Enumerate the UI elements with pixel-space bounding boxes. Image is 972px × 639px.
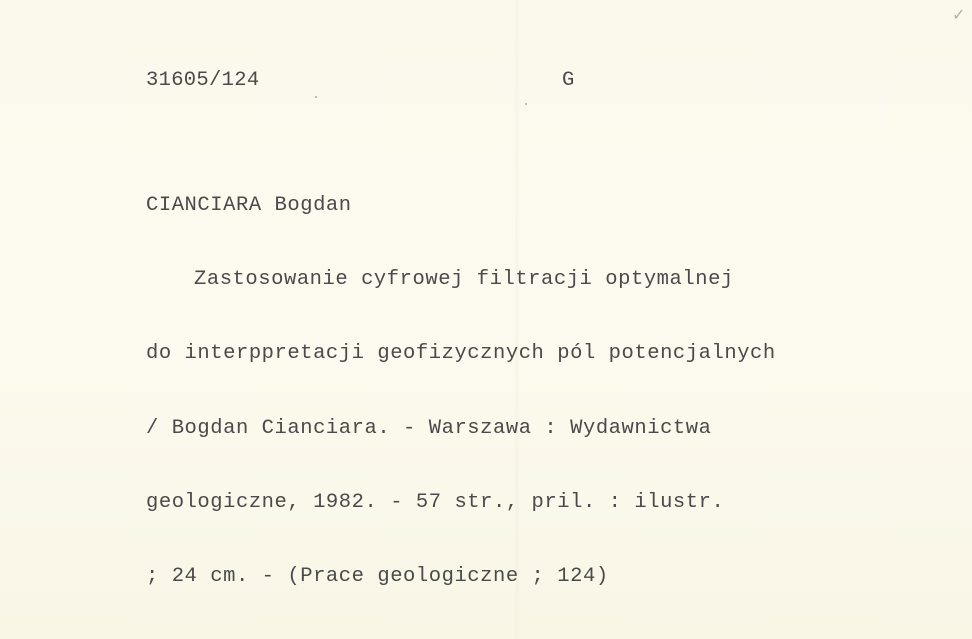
catalog-card: ✓ 31605/124 G CIANCIARA Bogdan Zastosowa… [0,0,972,639]
location-code: G [562,68,574,93]
author-heading: CIANCIARA Bogdan [146,193,776,217]
responsibility-publisher-line: / Bogdan Cianciara. - Warszawa : Wydawni… [146,416,776,440]
call-number: 31605/124 [146,68,259,93]
title-continuation: do interppretacji geofizycznych pól pote… [146,341,776,365]
publication-line: geologiczne, 1982. - 57 str., pril. : il… [146,490,776,514]
series-line: ; 24 cm. - (Prace geologiczne ; 124) [146,564,776,588]
title-line: Zastosowanie cyfrowej filtracji optymaln… [146,267,776,291]
bibliographic-entry: CIANCIARA Bogdan Zastosowanie cyfrowej f… [146,143,776,638]
speck [315,96,317,98]
check-mark-icon: ✓ [952,2,965,27]
speck [525,103,527,105]
